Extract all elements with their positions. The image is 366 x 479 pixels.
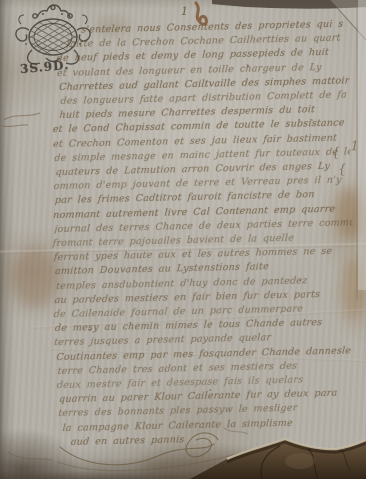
- handwriting-line: la campagne Klour Cailerante la simplism…: [62, 416, 349, 434]
- handwriting-block: s'entelera nous Consentents des propriet…: [0, 0, 366, 479]
- handwriting-line: aud en autres pannis: [70, 432, 281, 448]
- marginal-mark: {: [332, 146, 341, 161]
- marginal-mark: {: [338, 162, 347, 177]
- manuscript-photo: 3S.9D. 1 s'entelera nous Consentents des…: [0, 0, 366, 479]
- marginal-mark: 1: [350, 139, 359, 154]
